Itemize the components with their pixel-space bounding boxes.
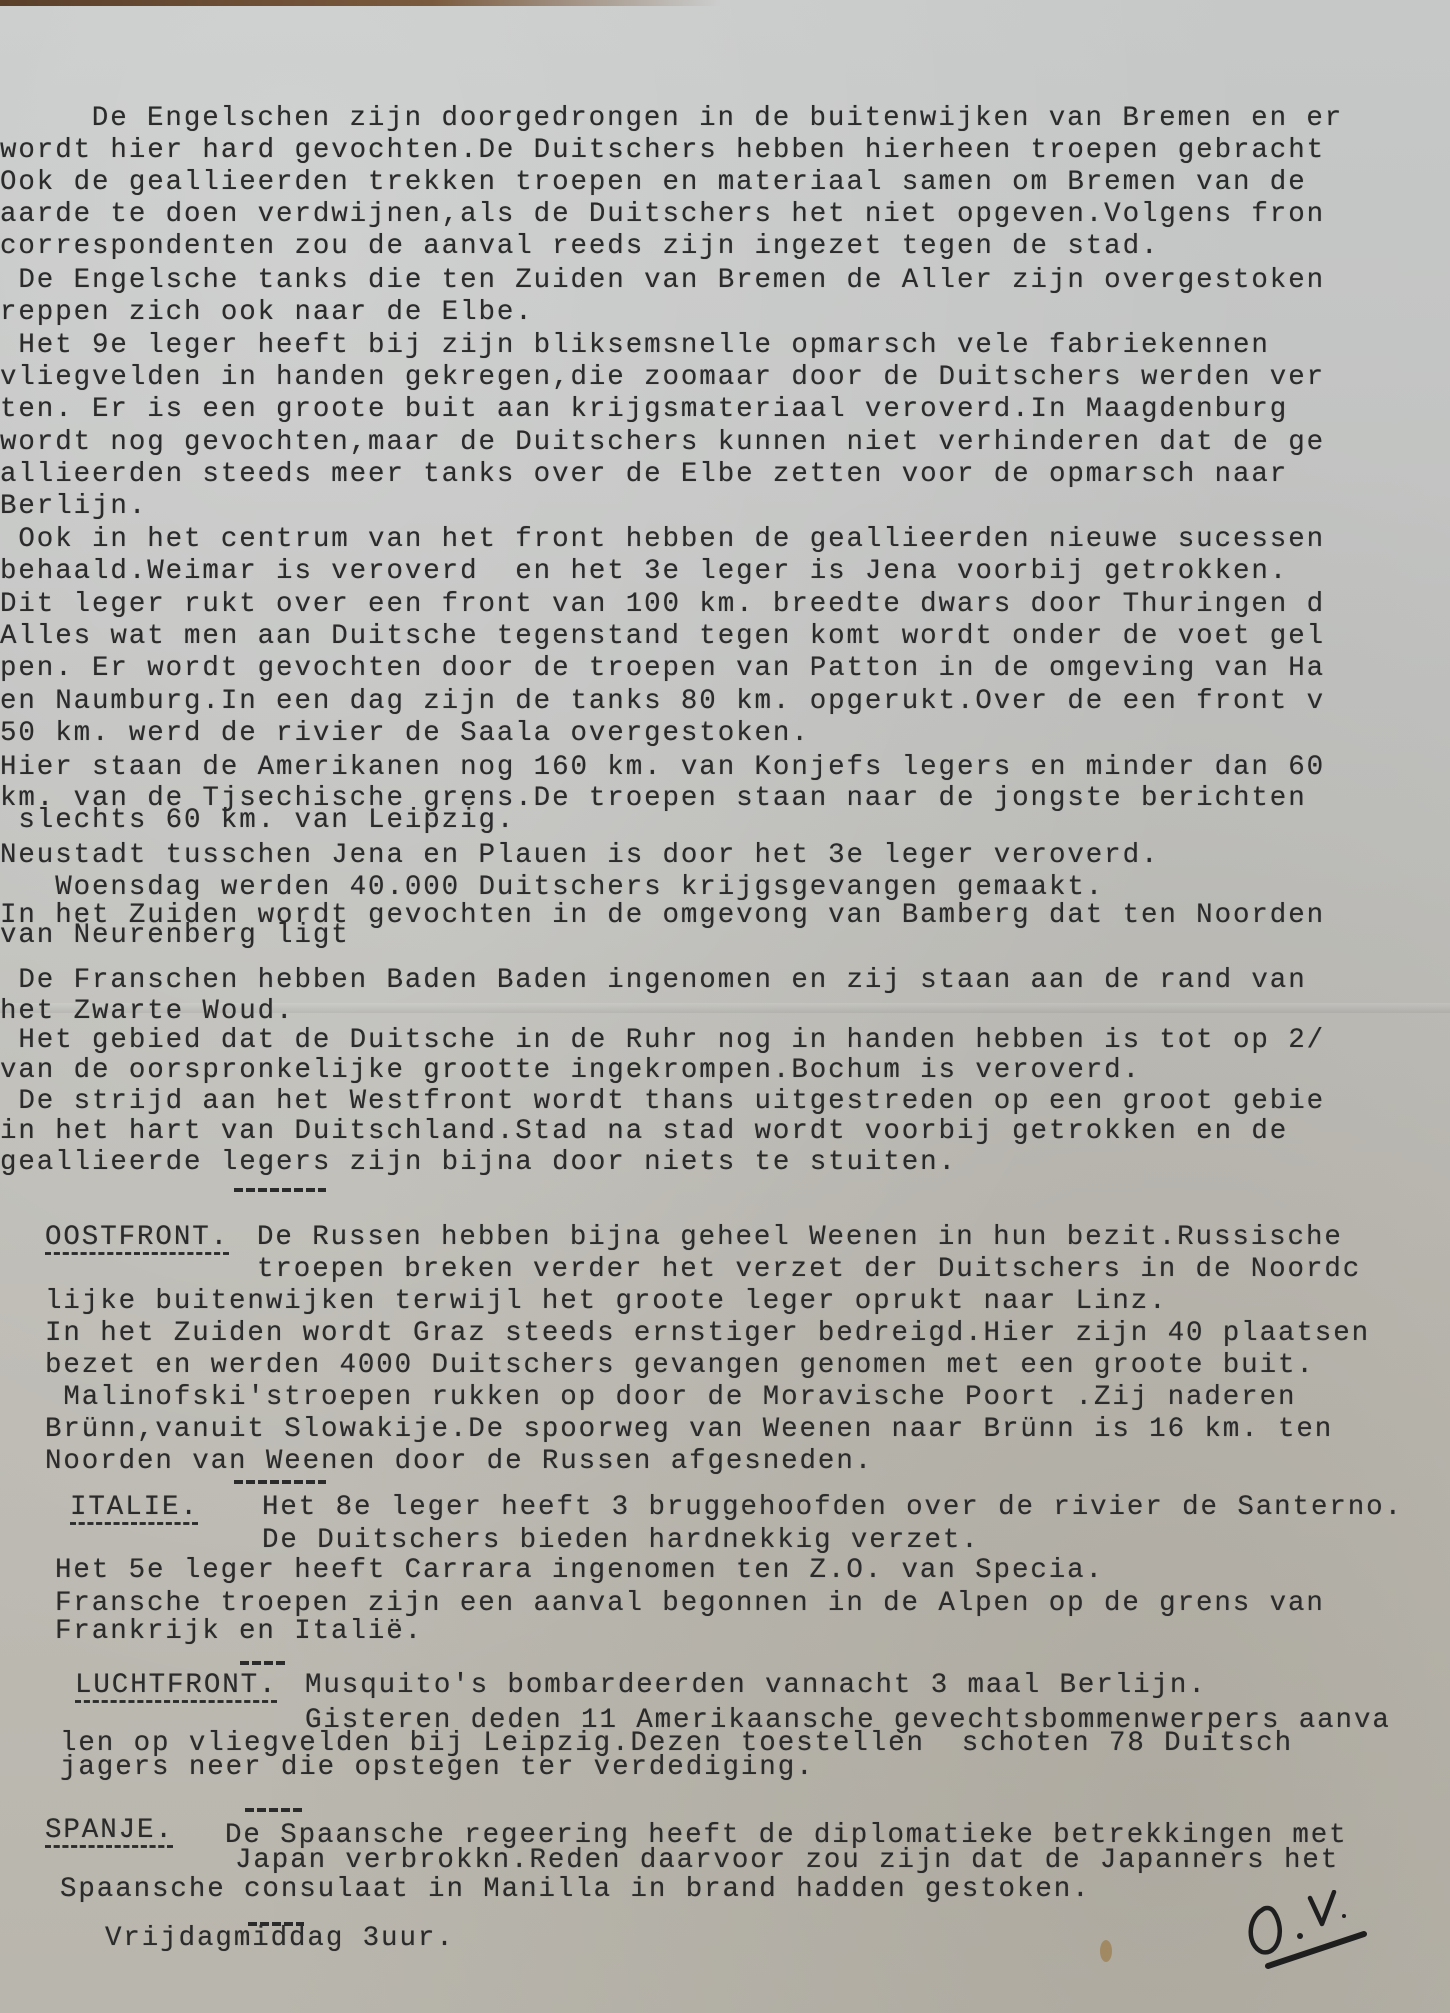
text-line: Hier staan de Amerikanen nog 160 km. van… (0, 752, 1325, 784)
text-line: correspondenten zou de aanval reeds zijn… (0, 231, 1159, 263)
text-line: Neustadt tusschen Jena en Plauen is door… (0, 840, 1159, 872)
section-heading: OOSTFRONT. (45, 1222, 229, 1254)
text-line: Malinofski'stroepen rukken op door de Mo… (45, 1382, 1296, 1414)
text-line: reppen zich ook naar de Elbe. (0, 297, 534, 329)
text-line: Frankrijk en Italië. (55, 1616, 423, 1648)
text-line: vliegvelden in handen gekregen,die zooma… (0, 362, 1325, 394)
text-line: aarde te doen verdwijnen,als de Duitsche… (0, 199, 1325, 231)
separator (234, 1188, 326, 1192)
section-heading: LUCHTFRONT. (75, 1670, 277, 1702)
text-line: slechts 60 km. van Leipzig. (0, 805, 515, 837)
text-line: Het 5e leger heeft Carrara ingenomen ten… (55, 1555, 1104, 1587)
text-line: De Russen hebben bijna geheel Weenen in … (257, 1222, 1343, 1254)
text-line: De Duitschers bieden hardnekkig verzet. (262, 1525, 980, 1557)
text-line: in het hart van Duitschland.Stad na stad… (0, 1116, 1288, 1148)
text-line: wordt nog gevochten,maar de Duitschers k… (0, 427, 1325, 459)
document-page: De Engelschen zijn doorgedrongen in de b… (0, 0, 1450, 2013)
text-line: De strijd aan het Westfront wordt thans … (0, 1086, 1325, 1118)
text-line: bezet en werden 4000 Duitschers gevangen… (45, 1350, 1315, 1382)
text-line: Ook de geallieerden trekken troepen en m… (0, 167, 1307, 199)
section-heading: ITALIE. (70, 1492, 199, 1524)
section-heading: SPANJE. (45, 1815, 174, 1847)
text-line: Spaansche consulaat in Manilla in brand … (60, 1874, 1091, 1906)
separator (240, 1661, 288, 1665)
text-line: Het 8e leger heeft 3 bruggehoofden over … (262, 1492, 1403, 1524)
text-line: lijke buitenwijken terwijl het groote le… (45, 1286, 1168, 1318)
dateline: Vrijdagmiddag 3uur. (105, 1923, 455, 1955)
text-line: behaald.Weimar is veroverd en het 3e leg… (0, 556, 1288, 588)
text-line: ten. Er is een groote buit aan krijgsmat… (0, 394, 1288, 426)
text-line: troepen breken verder het verzet der Dui… (257, 1254, 1361, 1286)
text-line: het Zwarte Woud. (0, 996, 294, 1028)
text-line: geallieerde legers zijn bijna door niets… (0, 1147, 957, 1179)
text-line: wordt hier hard gevochten.De Duitschers … (0, 135, 1325, 167)
text-line: Brünn,vanuit Slowakije.De spoorweg van W… (45, 1414, 1333, 1446)
text-line: De Franschen hebben Baden Baden ingenome… (0, 965, 1307, 997)
text-line: In het Zuiden wordt Graz steeds ernstige… (45, 1318, 1370, 1350)
separator (245, 1808, 305, 1812)
text-line: Berlijn. (0, 491, 147, 523)
text-line: Japan verbrokkn.Reden daarvoor zou zijn … (235, 1845, 1339, 1877)
text-line: Het gebied dat de Duitsche in de Ruhr no… (0, 1025, 1325, 1057)
text-line: 50 km. werd de rivier de Saala overgesto… (0, 718, 810, 750)
text-line: Ook in het centrum van het front hebben … (0, 524, 1325, 556)
text-line: allieerden steeds meer tanks over de Elb… (0, 459, 1288, 491)
text-line: Dit leger rukt over een front van 100 km… (0, 589, 1325, 621)
text-line: van Neurenberg ligt (0, 920, 350, 952)
signature-initials (1240, 1890, 1380, 1970)
text-line: pen. Er wordt gevochten door de troepen … (0, 653, 1325, 685)
table-edge (0, 0, 720, 6)
text-line: Alles wat men aan Duitsche tegenstand te… (0, 621, 1325, 653)
text-line: Noorden van Weenen door de Russen afgesn… (45, 1446, 873, 1478)
paper-stain (1100, 1940, 1112, 1962)
text-line: en Naumburg.In een dag zijn de tanks 80 … (0, 686, 1325, 718)
text-line: Het 9e leger heeft bij zijn bliksemsnell… (0, 330, 1270, 362)
text-line: van de oorspronkelijke grootte ingekromp… (0, 1055, 1141, 1087)
text-line: Musquito's bombardeerden vannacht 3 maal… (305, 1670, 1207, 1702)
text-line: jagers neer die opstegen ter verdediging… (60, 1752, 815, 1784)
text-line: De Engelsche tanks die ten Zuiden van Br… (0, 265, 1325, 297)
separator (234, 1480, 326, 1484)
text-line: De Engelschen zijn doorgedrongen in de b… (55, 103, 1343, 135)
